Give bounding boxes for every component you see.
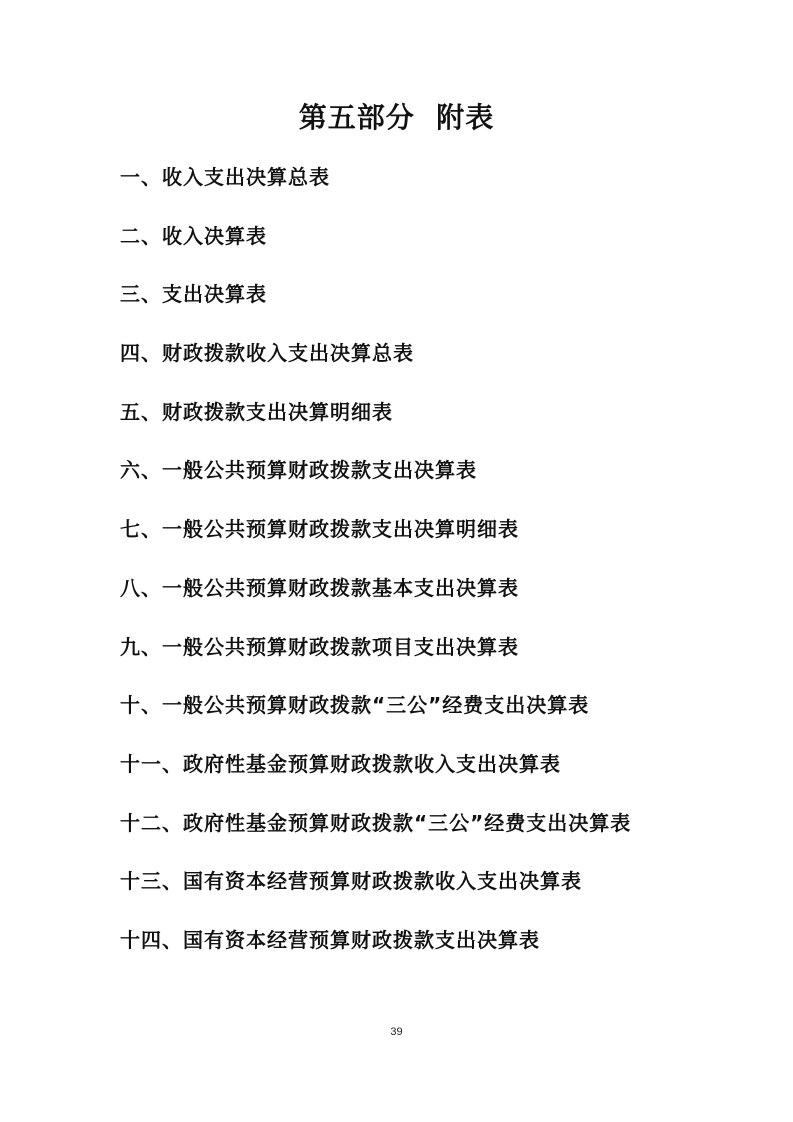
page-number: 39 xyxy=(0,1026,793,1038)
toc-item-5: 五、财政拨款支出决算明细表 xyxy=(120,395,631,454)
toc-item-11: 十一、政府性基金预算财政拨款收入支出决算表 xyxy=(120,747,631,806)
toc-item-12: 十二、政府性基金预算财政拨款“三公”经费支出决算表 xyxy=(120,806,631,865)
document-page: 第五部分 附表 一、收入支出决算总表 二、收入决算表 三、支出决算表 四、财政拨… xyxy=(0,0,793,1122)
toc-item-6: 六、一般公共预算财政拨款支出决算表 xyxy=(120,453,631,512)
toc-item-2: 二、收入决算表 xyxy=(120,219,631,278)
appendix-table-list: 一、收入支出决算总表 二、收入决算表 三、支出决算表 四、财政拨款收入支出决算总… xyxy=(120,160,631,982)
toc-item-7: 七、一般公共预算财政拨款支出决算明细表 xyxy=(120,512,631,571)
toc-item-13: 十三、国有资本经营预算财政拨款收入支出决算表 xyxy=(120,864,631,923)
toc-item-14: 十四、国有资本经营预算财政拨款支出决算表 xyxy=(120,923,631,982)
toc-item-10: 十、一般公共预算财政拨款“三公”经费支出决算表 xyxy=(120,688,631,747)
toc-item-8: 八、一般公共预算财政拨款基本支出决算表 xyxy=(120,571,631,630)
section-title: 第五部分 附表 xyxy=(0,96,793,140)
toc-item-3: 三、支出决算表 xyxy=(120,277,631,336)
toc-item-9: 九、一般公共预算财政拨款项目支出决算表 xyxy=(120,630,631,689)
toc-item-1: 一、收入支出决算总表 xyxy=(120,160,631,219)
toc-item-4: 四、财政拨款收入支出决算总表 xyxy=(120,336,631,395)
